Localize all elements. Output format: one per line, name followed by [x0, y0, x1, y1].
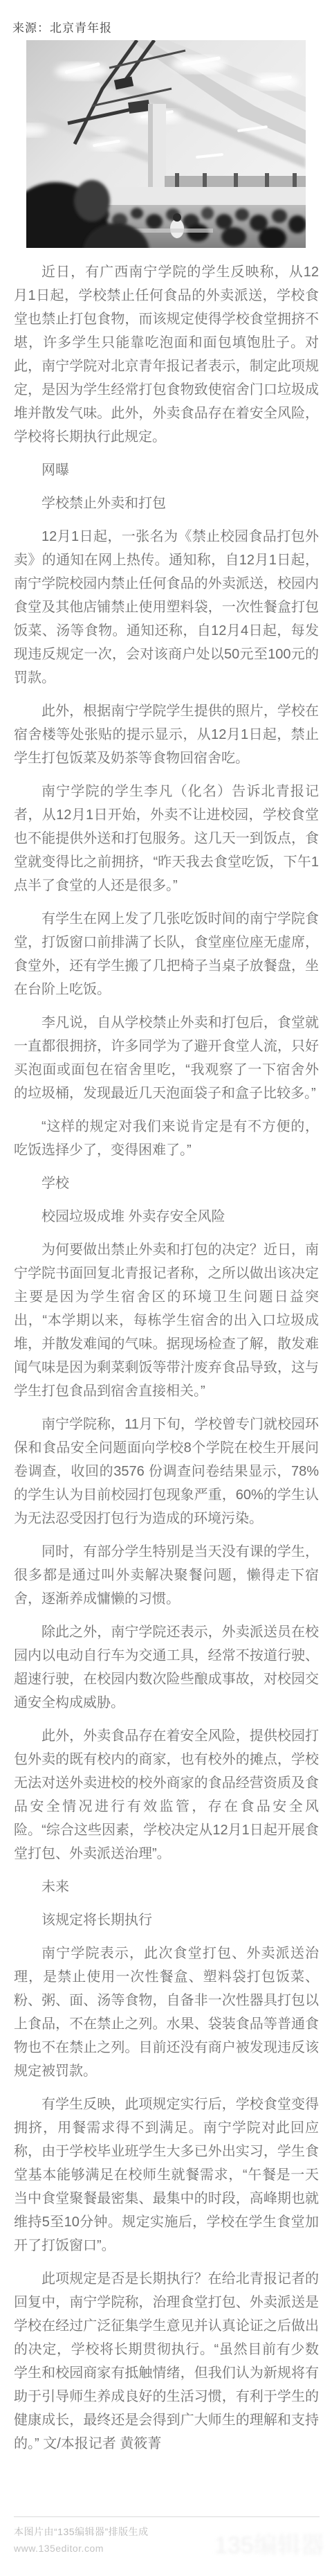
paragraph: 此外，根据南宁学院学生提供的照片，学校在宿舍楼等处张贴的提示显示，从12月1日起… — [14, 699, 319, 770]
paragraph: 李凡说，自从学校禁止外卖和打包后，食堂就一直都很拥挤，许多同学为了避开食堂人流，… — [14, 1011, 319, 1105]
section-heading: 学校 — [14, 1172, 319, 1195]
cafeteria-photo — [26, 40, 306, 248]
cafeteria-photo-graphic — [26, 40, 306, 248]
paragraph: 有学生在网上发了几张吃饭时间的南宁学院食堂，打饭窗口前排满了长队，食堂座位座无虚… — [14, 907, 319, 1001]
section-heading: 未来 — [14, 1875, 319, 1899]
paragraph: 此外，外卖食品存在着安全风险，提供校园打包外卖的既有校内的商家，也有校外的摊点，… — [14, 1724, 319, 1866]
section-heading: 学校禁止外卖和打包 — [14, 492, 319, 515]
watermark-stamp: 135编辑器 — [214, 2526, 325, 2570]
footer-credit: 本图片由“135编辑器”排版生成 — [14, 2525, 149, 2539]
source-label: 来源：北京青年报 — [12, 18, 112, 35]
paragraph: 南宁学院表示，此次食堂打包、外卖派送治理，是禁止使用一次性餐盒、塑料袋打包饭菜、… — [14, 1942, 319, 2083]
section-heading: 校园垃圾成堆 外卖存安全风险 — [14, 1205, 319, 1228]
paragraph: 有学生反映，此项规定实行后，学校食堂变得拥挤，用餐需求得不到满足。南宁学院对此回… — [14, 2093, 319, 2257]
article-page: 来源：北京青年报 — [0, 0, 332, 2576]
paragraph: 近日，有广西南宁学院的学生反映称，从12月1日起，学校禁止任何食品的外卖派送，学… — [14, 260, 319, 449]
article-body: 近日，有广西南宁学院的学生反映称，从12月1日起，学校禁止任何食品的外卖派送，学… — [0, 260, 332, 2511]
paragraph: 为何要做出禁止外卖和打包的决定？近日，南宁学院书面回复北青报记者称，之所以做出该… — [14, 1238, 319, 1403]
footer-divider — [14, 2516, 320, 2517]
paragraph: 南宁学院的学生李凡（化名）告诉北青报记者，从12月1日开始，外卖不让进校园，学校… — [14, 780, 319, 897]
section-heading: 网曝 — [14, 458, 319, 482]
paragraph: 同时，有部分学生特别是当天没有课的学生，很多都是通过叫外卖解决聚餐问题，懒得走下… — [14, 1540, 319, 1611]
paragraph: “这样的规定对我们来说肯定是有不方便的，吃饭选择少了，变得困难了。” — [14, 1115, 319, 1162]
paragraph: 12月1日起，一张名为《禁止校园食品打包外卖》的通知在网上热传。通知称，自12月… — [14, 525, 319, 690]
paragraph: 除此之外，南宁学院还表示，外卖派送员在校园内以电动自行车为交通工具，经常不按道行… — [14, 1620, 319, 1715]
section-heading: 该规定将长期执行 — [14, 1908, 319, 1932]
paragraph: 此项规定是否是长期执行？在给北青报记者的回复中，南宁学院称，治理食堂打包、外卖派… — [14, 2267, 319, 2456]
paragraph: 南宁学院称，11月下旬，学校曾专门就校园环保和食品安全问题面向学校8个学院在校生… — [14, 1413, 319, 1530]
footer-url: www.135editor.com — [14, 2543, 104, 2554]
